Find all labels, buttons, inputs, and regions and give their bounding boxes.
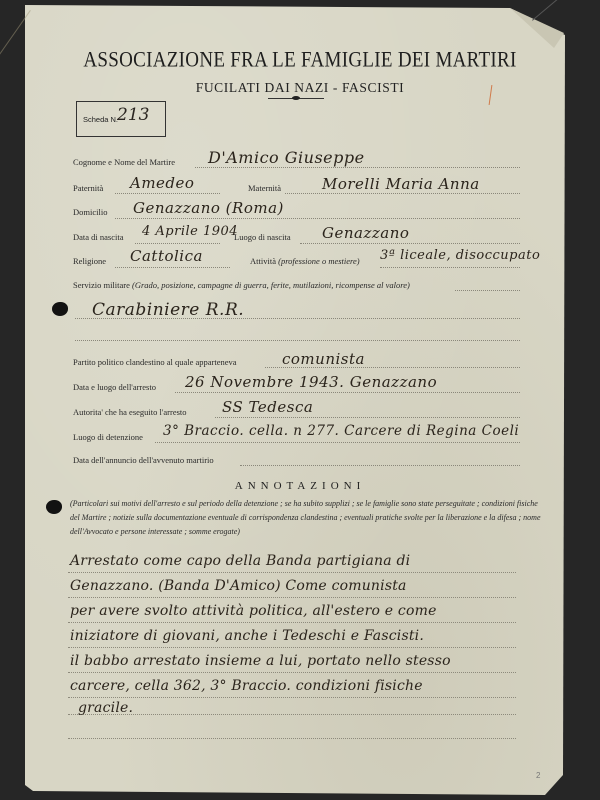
field-label-detenzione: Luogo di detenzione bbox=[73, 432, 143, 442]
field-value-partito: comunista bbox=[282, 350, 365, 368]
field-value-data-nascita: 4 Aprile 1904 bbox=[142, 224, 238, 239]
attivita-label-text: Attività bbox=[250, 256, 276, 266]
field-line bbox=[285, 193, 520, 194]
field-value-luogo-nascita: Genazzano bbox=[322, 224, 409, 242]
field-label-religione: Religione bbox=[73, 256, 106, 266]
field-label-autorita: Autorita' che ha eseguito l'arresto bbox=[73, 407, 187, 417]
attivita-hint: (professione o mestiere) bbox=[278, 256, 360, 266]
field-line bbox=[155, 442, 520, 443]
field-line bbox=[195, 167, 520, 168]
note-ruled-line bbox=[68, 714, 516, 715]
field-value-attivita: 3ª liceale, disoccupato bbox=[380, 248, 540, 263]
note-ruled-line bbox=[68, 697, 516, 698]
annotation-line: carcere, cella 362, 3° Braccio. condizio… bbox=[70, 678, 423, 694]
field-line bbox=[115, 218, 520, 219]
field-label-attivita: Attività (professione o mestiere) bbox=[250, 256, 360, 266]
document-title: ASSOCIAZIONE FRA LE FAMIGLIE DEI MARTIRI bbox=[0, 48, 600, 73]
annotation-line: Genazzano. (Banda D'Amico) Come comunist… bbox=[70, 578, 407, 594]
field-line bbox=[135, 243, 220, 244]
ornament-divider bbox=[268, 98, 324, 99]
field-label-arresto: Data e luogo dell'arresto bbox=[73, 382, 156, 392]
field-line bbox=[75, 318, 520, 319]
field-label-servizio-militare: Servizio militare (Grado, posizione, cam… bbox=[73, 280, 410, 290]
field-line bbox=[380, 267, 520, 268]
note-ruled-line bbox=[68, 622, 516, 623]
field-label-data-nascita: Data di nascita bbox=[73, 232, 124, 242]
field-value-domicilio: Genazzano (Roma) bbox=[133, 199, 284, 217]
field-label-annuncio: Data dell'annuncio dell'avvenuto martiri… bbox=[73, 455, 214, 465]
annotation-line: per avere svolto attività politica, all'… bbox=[70, 603, 437, 619]
field-line bbox=[215, 417, 520, 418]
note-ruled-line bbox=[68, 647, 516, 648]
field-value-autorita: SS Tedesca bbox=[222, 398, 313, 416]
annotazioni-instructions: (Particolari sui motivi dell'arresto e s… bbox=[70, 497, 545, 540]
document-subtitle: FUCILATI DAI NAZI - FASCISTI bbox=[0, 80, 600, 96]
page-number: 2 bbox=[536, 771, 540, 780]
note-ruled-line bbox=[68, 738, 516, 739]
field-line bbox=[455, 290, 520, 291]
servizio-label-text: Servizio militare bbox=[73, 280, 130, 290]
punch-hole bbox=[52, 302, 68, 316]
field-label-domicilio: Domicilio bbox=[73, 207, 107, 217]
annotation-line: il babbo arrestato insieme a lui, portat… bbox=[70, 653, 451, 669]
fold-crease bbox=[532, 0, 559, 21]
field-value-servizio-militare: Carabiniere R.R. bbox=[92, 300, 244, 320]
field-label-maternita: Maternità bbox=[248, 183, 281, 193]
annotazioni-heading: ANNOTAZIONI bbox=[0, 480, 600, 492]
field-value-arresto: 26 Novembre 1943. Genazzano bbox=[185, 373, 437, 391]
annotation-line: iniziatore di giovani, anche i Tedeschi … bbox=[70, 628, 424, 644]
annotation-line: Arrestato come capo della Banda partigia… bbox=[70, 553, 410, 569]
field-value-detenzione: 3° Braccio. cella. n 277. Carcere di Reg… bbox=[163, 423, 519, 439]
note-ruled-line bbox=[68, 672, 516, 673]
field-value-religione: Cattolica bbox=[130, 247, 203, 265]
scheda-box: Scheda N. 213 bbox=[76, 101, 166, 137]
note-ruled-line bbox=[68, 572, 516, 573]
field-label-luogo-nascita: Luogo di nascita bbox=[234, 232, 291, 242]
field-value-cognome-nome: D'Amico Giuseppe bbox=[208, 148, 365, 167]
scheda-number: 213 bbox=[117, 105, 149, 125]
annotation-line: gracile. bbox=[78, 700, 133, 716]
field-line bbox=[115, 193, 220, 194]
field-line bbox=[240, 465, 520, 466]
field-value-maternita: Morelli Maria Anna bbox=[322, 175, 480, 193]
note-ruled-line bbox=[68, 597, 516, 598]
scheda-label: Scheda N. bbox=[83, 115, 118, 124]
servizio-hint: (Grado, posizione, campagne di guerra, f… bbox=[132, 280, 410, 290]
field-label-partito: Partito politico clandestino al quale ap… bbox=[73, 357, 237, 367]
field-label-paternita: Paternità bbox=[73, 183, 103, 193]
field-label-cognome-nome: Cognome e Nome del Martire bbox=[73, 157, 175, 167]
field-line bbox=[75, 340, 520, 341]
field-line bbox=[115, 267, 230, 268]
field-value-paternita: Amedeo bbox=[130, 174, 194, 192]
field-line bbox=[300, 243, 520, 244]
punch-hole bbox=[46, 500, 62, 514]
field-line bbox=[175, 392, 520, 393]
